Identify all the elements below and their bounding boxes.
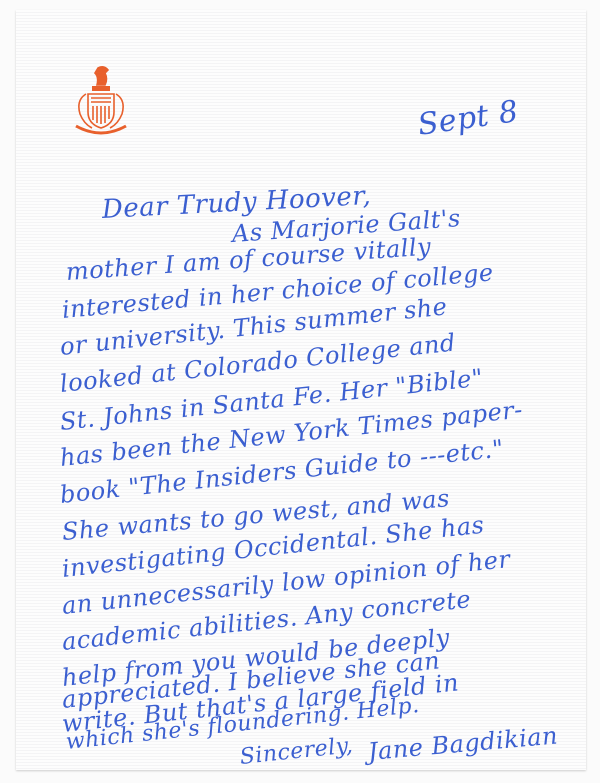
heraldic-crest-icon bbox=[70, 64, 132, 142]
